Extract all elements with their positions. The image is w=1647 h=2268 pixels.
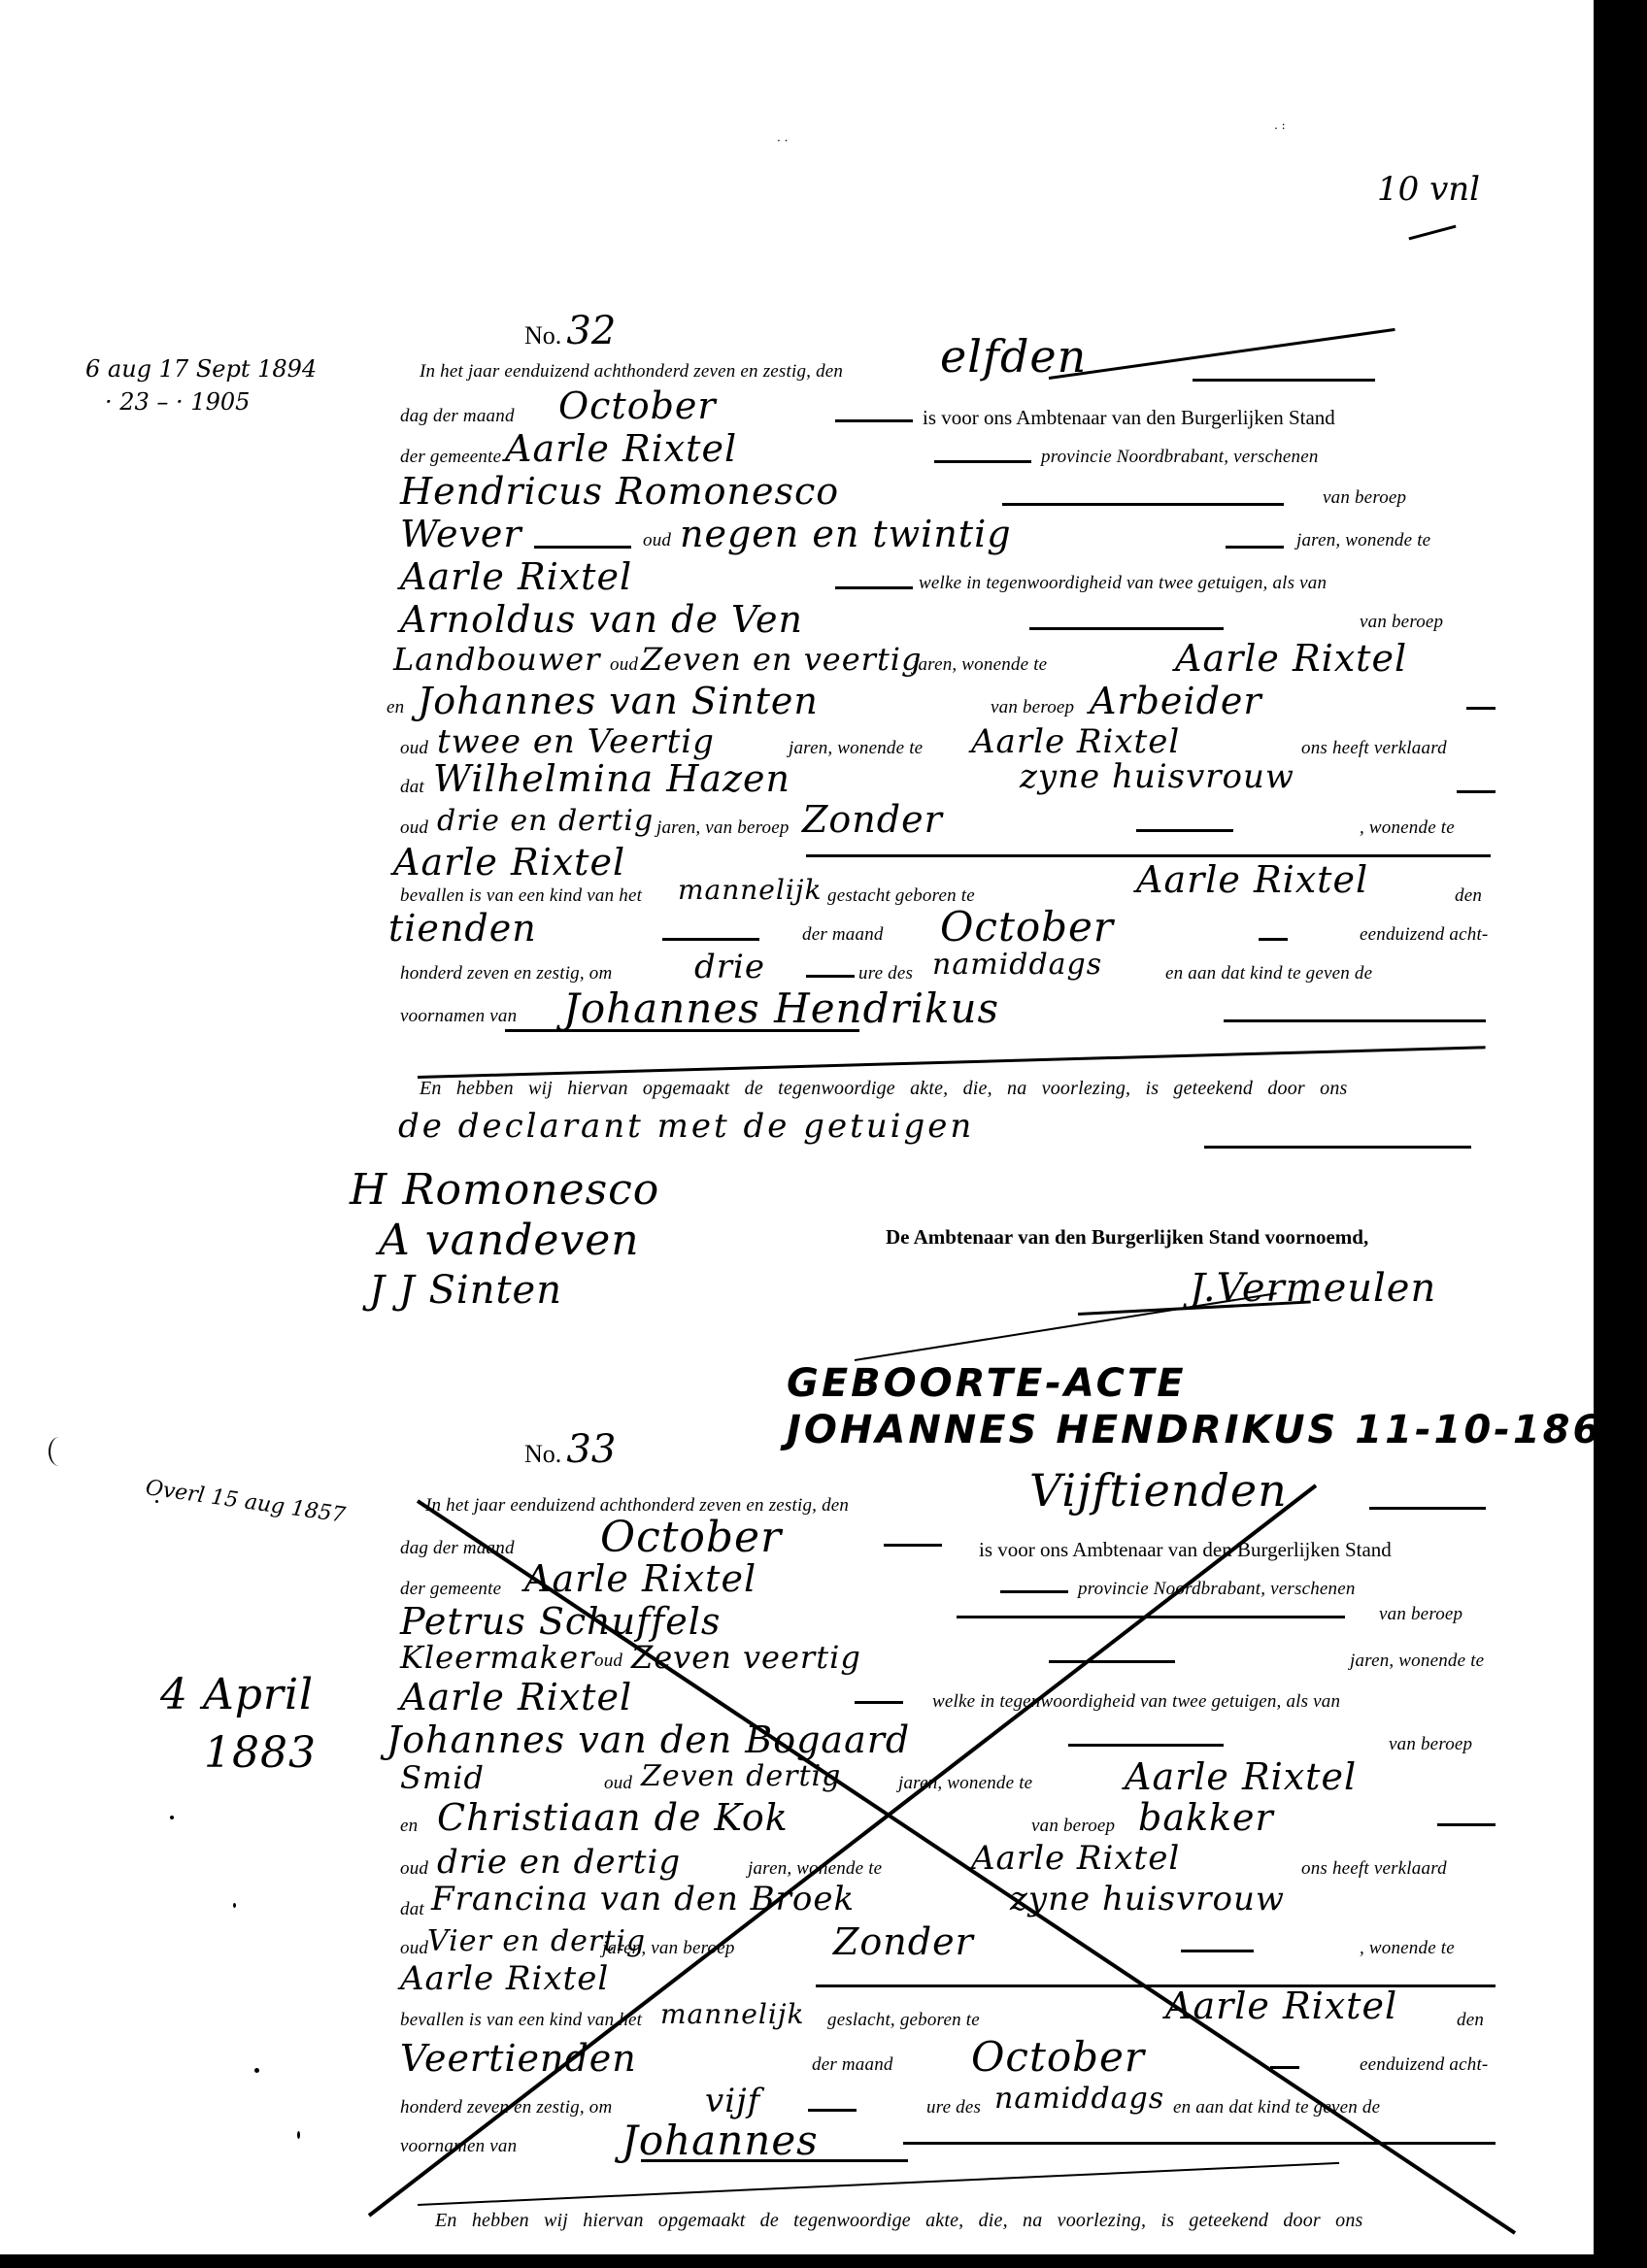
register-page: 10 vnl · · . : No. 32 6 aug 17 Sept 1894…	[0, 0, 1594, 2254]
cross-out-mark	[0, 0, 1594, 2254]
scan-speck	[254, 2068, 259, 2073]
scan-speck	[233, 1903, 236, 1908]
scan-speck	[170, 1816, 174, 1819]
scan-speck	[297, 2131, 300, 2139]
scan-speck	[155, 1500, 158, 1503]
